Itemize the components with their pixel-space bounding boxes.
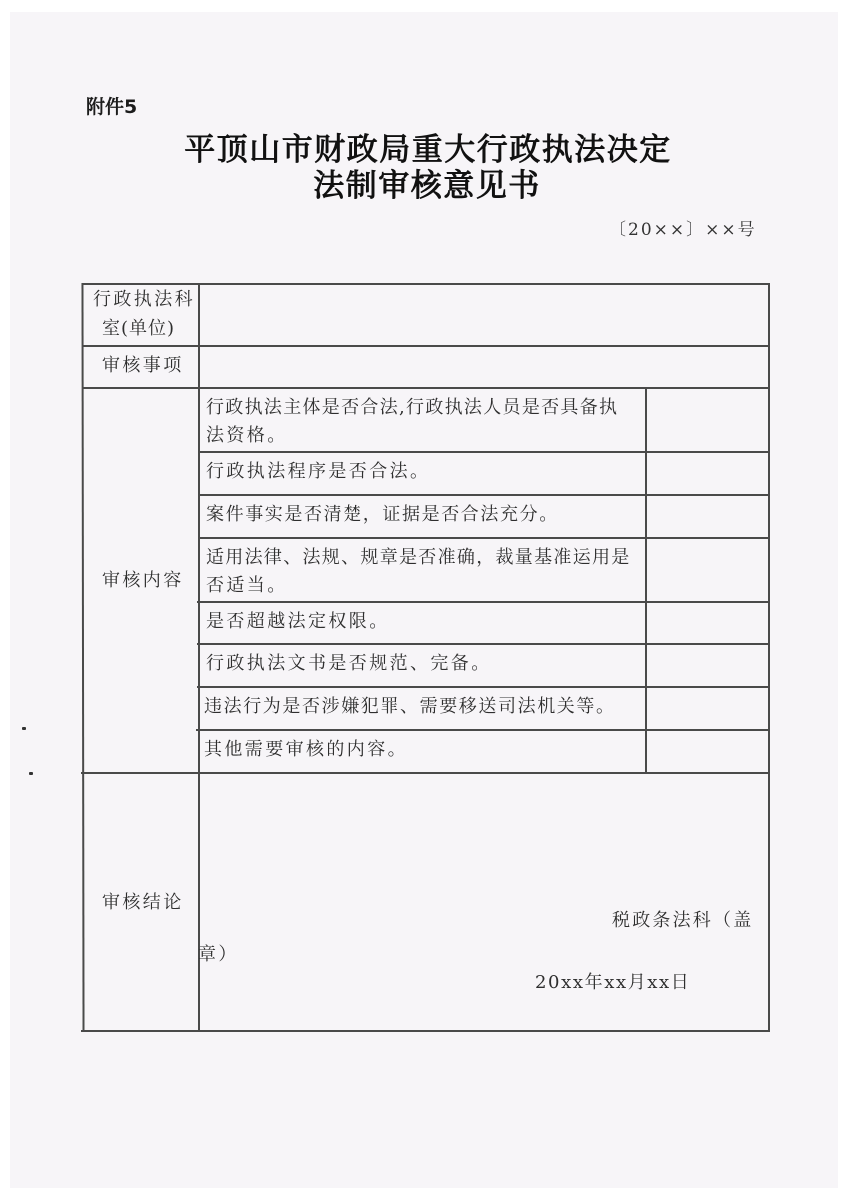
review-item-text: 适用法律、法规、规章是否准确，裁量基准运用是 [206, 544, 631, 572]
content-label: 审核内容 [102, 567, 184, 595]
review-item-result[interactable] [648, 453, 767, 494]
seal-line1: 税政条法科（盖 [612, 907, 753, 935]
unit-value-cell[interactable] [200, 285, 767, 345]
conclusion-label: 审核结论 [102, 889, 184, 917]
review-item-result[interactable] [648, 496, 767, 537]
conclusion-body[interactable] [200, 774, 767, 894]
seal-line2: 章） [198, 941, 239, 969]
review-item-result[interactable] [648, 389, 767, 451]
review-item-result[interactable] [648, 603, 767, 643]
review-item-text: 其他需要审核的内容。 [204, 736, 408, 764]
column-divider-result [645, 387, 647, 773]
attachment-label: 附件5 [86, 92, 137, 119]
unit-label-line1: 行政执法科 [93, 286, 195, 314]
unit-label-line2: 室(单位) [102, 315, 175, 343]
review-item-result[interactable] [648, 645, 767, 686]
review-item-text: 是否超越法定权限。 [206, 608, 390, 636]
scan-speck [29, 772, 33, 775]
review-item-text: 法资格。 [206, 422, 288, 450]
column-divider-label [198, 283, 200, 1032]
document-title-line1: 平顶山市财政局重大行政执法决定 [3, 132, 850, 168]
review-item-text: 违法行为是否涉嫌犯罪、需要移送司法机关等。 [204, 693, 616, 721]
matter-value-cell[interactable] [200, 347, 767, 387]
review-item-result[interactable] [648, 731, 767, 772]
review-item-text: 案件事实是否清楚，证据是否合法充分。 [206, 501, 559, 529]
table-border-bottom [81, 1030, 769, 1032]
review-item-text: 行政执法主体是否合法,行政执法人员是否具备执 [206, 394, 618, 422]
table-border-right [768, 283, 770, 1032]
document-title-line2: 法制审核意见书 [2, 168, 850, 204]
review-item-text: 行政执法程序是否合法。 [206, 458, 430, 486]
review-item-text: 否适当。 [206, 572, 288, 600]
review-item-result[interactable] [648, 688, 767, 729]
review-item-result[interactable] [648, 539, 767, 601]
matter-label: 审核事项 [102, 352, 184, 380]
scan-speck [22, 727, 26, 730]
document-number: 〔20××〕××号 [609, 215, 757, 240]
conclusion-date: 20xx年xx月xx日 [535, 969, 690, 997]
review-item-text: 行政执法文书是否规范、完备。 [206, 650, 492, 678]
